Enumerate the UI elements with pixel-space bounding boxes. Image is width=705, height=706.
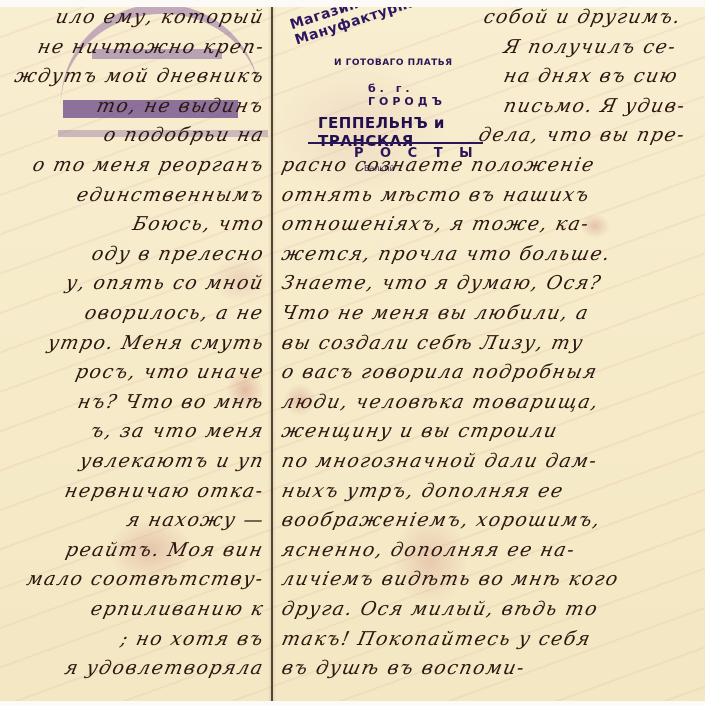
letter-sheet: ило ему, которыйне ничтожно креп-ждутъ м…	[0, 0, 705, 706]
handwritten-line: оду в прелесно	[89, 243, 266, 265]
handwritten-line: друга. Ося милый, вѣдь то	[280, 598, 601, 620]
stamp-rule	[308, 142, 483, 144]
shop-stamp: Магазинъ Суконно-Мануфактурный И ГОТОВАГ…	[278, 6, 498, 171]
left-page: ило ему, которыйне ничтожно креп-ждутъ м…	[0, 0, 270, 706]
handwritten-line: Что не меня вы любили, а	[280, 302, 592, 324]
right-page: Магазинъ Суконно-Мануфактурный И ГОТОВАГ…	[274, 0, 705, 706]
handwritten-line: на днях въ сию	[502, 65, 681, 87]
handwritten-line: я нахожу —	[124, 509, 266, 531]
handwritten-line: отношеніяхъ, я тоже, ка-	[280, 213, 592, 235]
handwritten-line: люди, человѣка товарища,	[280, 391, 602, 413]
handwritten-line: ясненно, дополняя ее на-	[280, 539, 578, 561]
handwritten-line: воображеніемъ, хорошимъ,	[280, 509, 603, 531]
handwritten-line: письмо. Я удив-	[502, 95, 688, 117]
stamp-firm-name: ГЕППЕЛЬНЪ и ТРАНСКАЯ	[318, 114, 498, 150]
handwritten-line: жется, прочла что больше.	[280, 243, 614, 265]
handwritten-line: о то меня реорганъ	[30, 154, 266, 176]
handwritten-line: ; но хотя въ	[119, 628, 267, 650]
handwritten-line: расно сознаете положеніе	[280, 154, 598, 176]
handwritten-line: увлекаютъ и уп	[78, 450, 267, 472]
handwritten-line: я удовлетворяла	[63, 657, 266, 679]
handwritten-line: единственнымъ	[74, 184, 266, 206]
stamp-line: б. г. ГОРОДЪ	[368, 82, 498, 108]
handwritten-line: мало соотвѣтству-	[25, 568, 266, 590]
handwritten-line: не ничтожно креп-	[35, 36, 266, 58]
scan-edge-bottom	[0, 701, 705, 706]
handwritten-line: вы создали себѣ Лизу, ту	[280, 332, 586, 354]
stamp-arc-text: Магазинъ Суконно-Мануфактурный	[288, 0, 498, 48]
handwritten-line: оворилось, а не	[83, 302, 266, 324]
handwritten-line: по многозначной дали дам-	[280, 450, 600, 472]
stamp-line: И ГОТОВАГО ПЛАТЬЯ	[334, 58, 453, 68]
handwritten-line: личіемъ видѣть во мнѣ кого	[280, 568, 622, 590]
handwritten-line: у, опять со мной	[64, 272, 267, 294]
handwritten-line: ило ему, который	[54, 6, 267, 28]
handwritten-line: въ душѣ въ воспоми-	[280, 657, 528, 679]
handwritten-line: утро. Меня смуть	[45, 332, 266, 354]
handwritten-line: нъ? Что во мнѣ	[76, 391, 267, 413]
handwritten-line: Знаете, что я думаю, Ося?	[280, 272, 604, 294]
handwritten-line: ъ, за что меня	[89, 420, 267, 442]
handwritten-line: такъ! Покопайтесь у себя	[280, 628, 594, 650]
handwritten-line: дела, что вы пре-	[477, 124, 688, 146]
handwritten-line: ныхъ утръ, дополняя ее	[280, 480, 566, 502]
scan-edge-top	[0, 0, 705, 7]
handwritten-line: Я получилъ се-	[502, 36, 679, 58]
handwritten-line: отнять мѣсто въ нашихъ	[280, 184, 593, 206]
handwritten-line: реайтъ. Моя вин	[64, 539, 266, 561]
handwritten-line: ждутъ мой дневникъ	[12, 65, 266, 87]
handwritten-line: Боюсь, что	[130, 213, 266, 235]
handwritten-line: росъ, что иначе	[74, 361, 267, 383]
handwritten-line: о подобрьи на	[101, 124, 266, 146]
handwritten-line: женщину и вы строили	[280, 420, 561, 442]
handwritten-line: нервничаю отка-	[63, 480, 266, 502]
handwritten-line: о васъ говорила подробныя	[280, 361, 600, 383]
handwritten-line: собой и другимъ.	[482, 6, 684, 28]
handwritten-line: то, не выдинъ	[95, 95, 267, 117]
handwritten-line: ерпиливанию к	[89, 598, 267, 620]
page-fold	[271, 6, 273, 706]
